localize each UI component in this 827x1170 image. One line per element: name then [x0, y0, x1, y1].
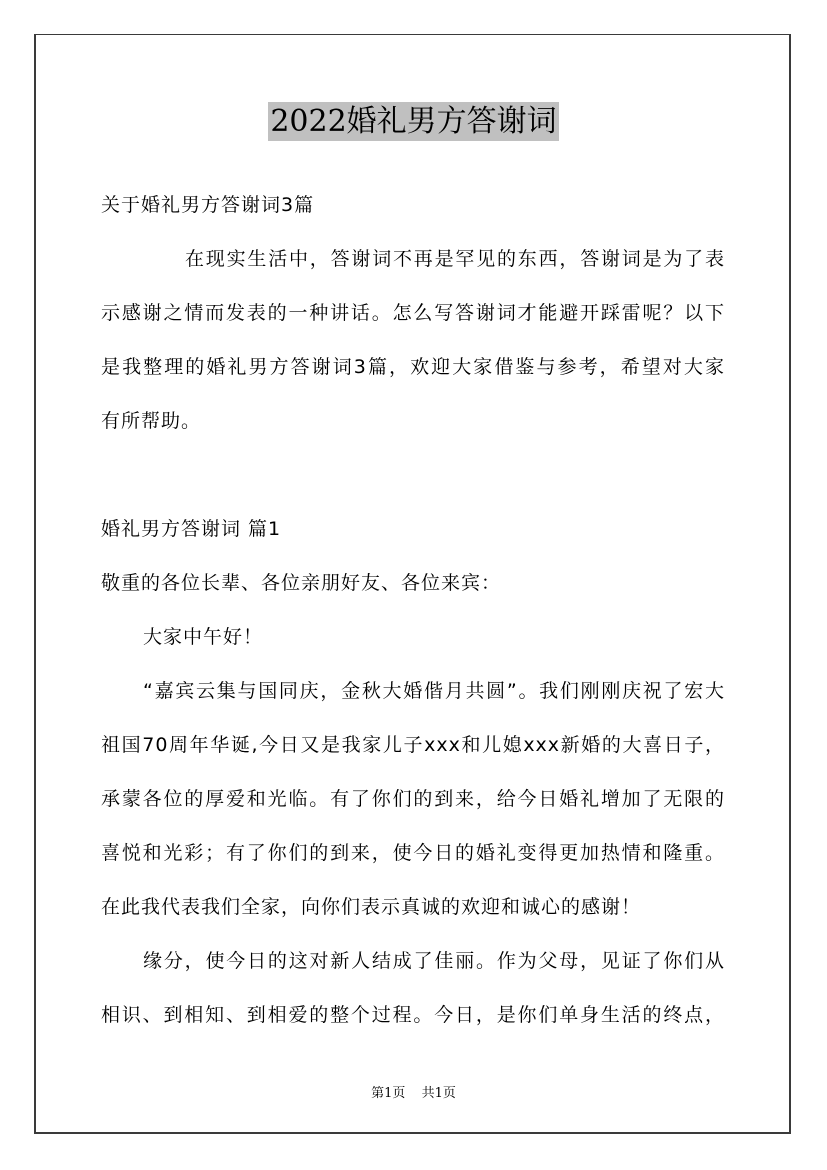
paragraph-line: 承蒙各位的厚爱和光临。有了你们的到来，给今日婚礼增加了无限的	[101, 772, 725, 826]
spacer	[101, 448, 725, 502]
paragraph-line: 祖国70周年华诞,今日又是我家儿子xxx和儿媳xxx新婚的大喜日子，	[101, 718, 725, 772]
paragraph-line: “嘉宾云集与国同庆，金秋大婚偕月共圆”。我们刚刚庆祝了宏大	[101, 664, 725, 718]
page-number: 第1页	[371, 1086, 405, 1101]
intro-line: 有所帮助。	[101, 394, 725, 448]
intro-line: 是我整理的婚礼男方答谢词3篇，欢迎大家借鉴与参考，希望对大家	[101, 340, 725, 394]
page-footer: 第1页 共1页	[0, 1082, 827, 1101]
section-heading: 婚礼男方答谢词 篇1	[101, 502, 725, 556]
intro-line: 在现实生活中，答谢词不再是罕见的东西，答谢词是为了表	[101, 232, 725, 286]
paragraph-line: 喜悦和光彩；有了你们的到来，使今日的婚礼变得更加热情和隆重。	[101, 826, 725, 880]
document-body: 关于婚礼男方答谢词3篇 在现实生活中，答谢词不再是罕见的东西，答谢词是为了表 示…	[101, 178, 725, 1042]
title-container: 2022婚礼男方答谢词	[0, 102, 827, 141]
salutation: 敬重的各位长辈、各位亲朋好友、各位来宾：	[101, 556, 725, 610]
subtitle: 关于婚礼男方答谢词3篇	[101, 178, 725, 232]
page-total: 共1页	[422, 1086, 456, 1101]
paragraph-line: 缘分，使今日的这对新人结成了佳丽。作为父母，见证了你们从	[101, 934, 725, 988]
document-title: 2022婚礼男方答谢词	[268, 102, 558, 141]
paragraph-line: 相识、到相知、到相爱的整个过程。今日，是你们单身生活的终点，	[101, 988, 725, 1042]
intro-line: 示感谢之情而发表的一种讲话。怎么写答谢词才能避开踩雷呢？以下	[101, 286, 725, 340]
paragraph-line: 在此我代表我们全家，向你们表示真诚的欢迎和诚心的感谢！	[101, 880, 725, 934]
greeting: 大家中午好！	[101, 610, 725, 664]
